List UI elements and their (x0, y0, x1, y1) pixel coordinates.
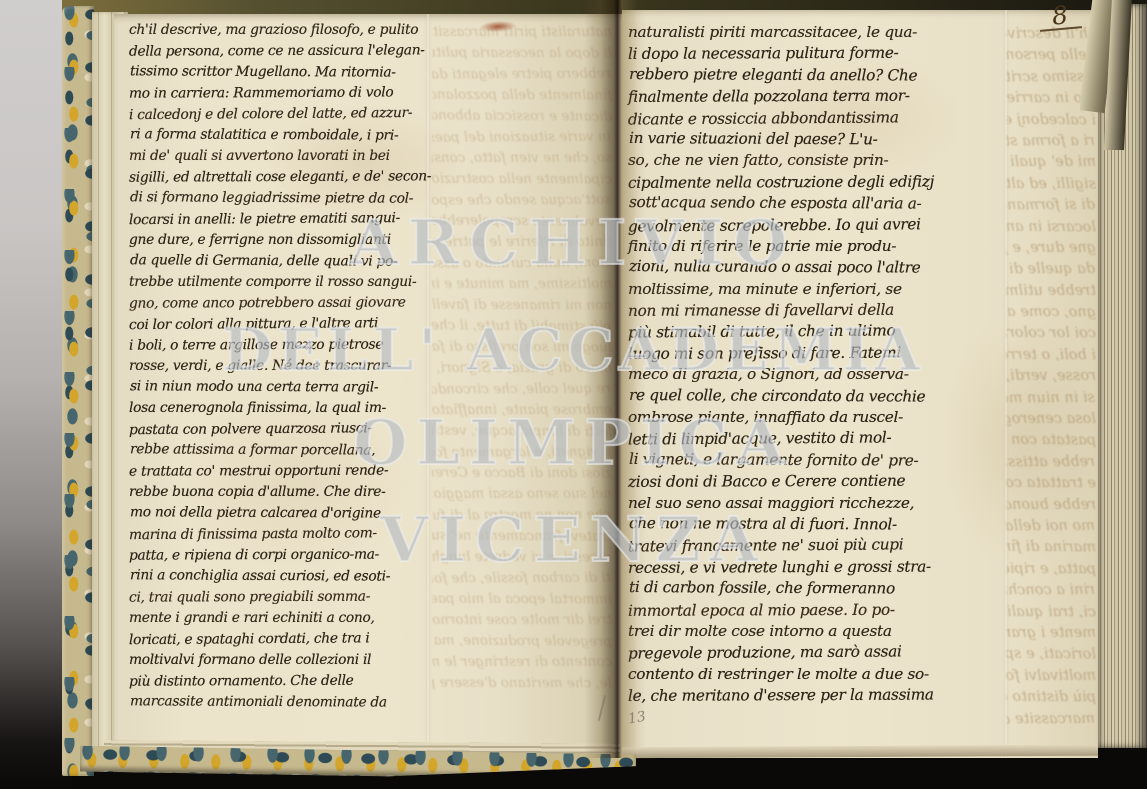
manuscript-line: patta, e ripiena di corpi organico-ma- (129, 544, 429, 566)
bleed-line: mo noi della pietra calcarea d'origine (1006, 516, 1095, 538)
pencil-folio-number: 13 (627, 709, 647, 728)
manuscript-line: naturalisti piriti marcassitacee, le qua… (628, 22, 1008, 43)
manuscript-line: ci, trai quali sono pregiabili somma- (129, 586, 429, 608)
manuscript-line: più distinto ornamento. Che delle (129, 670, 429, 692)
manuscript-line: loricati, e spataghi cordati, che tra i (129, 628, 429, 651)
manuscript-line: i calcedonj e del colore del latte, ed a… (129, 103, 429, 126)
manuscript-line: sigilli, ed altrettali cose eleganti, e … (129, 166, 429, 188)
manuscript-line: finalmente della pozzolana terra mor- (628, 85, 1008, 108)
manuscript-line: ziosi doni di Bacco e Cerere contiene (628, 470, 1008, 493)
bleed-line: zioni, nulla curando o assai poco l'altr… (432, 253, 611, 275)
manuscript-line: ri a forma stalatitica e romboidale, i p… (130, 124, 430, 147)
manuscript-line: contento di restringer le molte a due so… (628, 664, 1008, 685)
manuscript-line: mente i grandi e rari echiniti a cono, (129, 608, 429, 629)
manuscript-line: meco di grazia, o Signori, ad osserva- (628, 364, 1008, 385)
bleed-line: le, che meritano d'essere per la massima (432, 673, 612, 695)
bleed-line: rosse, verdi, e gialle. Né dee trascurar… (1006, 366, 1096, 387)
manuscript-line: da quelle di Germania, delle quali vi po… (130, 250, 430, 273)
manuscript-line: mo noi della pietra calcarea d'origine (130, 502, 430, 525)
bleed-line: rebbe attissima a formar porcellana, (1006, 452, 1095, 474)
manuscript-line: mi de' quali si avvertono lavorati in be… (129, 146, 429, 167)
manuscript-line: e trattata co' mestrui opportuni rende- (129, 460, 429, 482)
manuscript-line: moltissime, ma minute e inferiori, se (628, 279, 1008, 300)
bleed-line: rebbe buona copia d'allume. Che dire- (1006, 495, 1096, 516)
bleed-line: losa cenerognola finissima, la qual im- (1006, 409, 1096, 430)
bleed-line: locarsi in anelli: le pietre ematiti san… (1006, 216, 1096, 238)
manuscript-line: finito di riferire le patrie mie produ- (628, 236, 1008, 257)
bleed-line: cipalmente nella costruzione degli edifi… (432, 169, 612, 191)
manuscript-line: si in niun modo una certa terra argil- (130, 376, 430, 399)
bleed-line: da quelle di Germania, delle quali vi po… (1006, 259, 1095, 281)
bleed-line: luogo mi son prefisso di fare. Fatemi (432, 337, 612, 359)
bleed-line: moltissime, ma minute e inferiori, se (432, 274, 612, 295)
right-page-text: naturalisti piriti marcassitacee, le qua… (628, 22, 1008, 707)
bleed-line: li dopo la necessaria pulitura forme- (432, 43, 612, 65)
bleed-line: immortal epoca al mio paese. Io po- (432, 589, 612, 611)
manuscript-line: rebbe attissima a formar porcellana, (130, 439, 430, 462)
manuscript-line: dicante e rossiccia abbondantissima (628, 106, 1008, 130)
manuscript-line: le, che meritano d'essere per la massima (628, 684, 1008, 707)
manuscript-line: zioni, nulla curando o assai poco l'altr… (629, 256, 1009, 279)
bleed-line: e trattata co' mestrui opportuni rende- (1006, 473, 1096, 495)
bleed-line: ti di carbon fossile, che formeranno (432, 568, 611, 590)
manuscript-line: trei dir molte cose intorno a questa (628, 621, 1008, 642)
bleed-line: pastata con polvere quarzosa riusci- (1006, 430, 1096, 452)
bleed-line: più stimabil di tutte, il che in ultimo (432, 315, 612, 337)
manuscript-line: marina di finissima pasta molto com- (129, 523, 429, 546)
bleed-line: in varie situazioni del paese? L'u- (432, 127, 611, 149)
manuscript-line: cipalmente nella costruzione degli edifi… (628, 171, 1008, 194)
manuscript-line: re quel colle, che circondato da vecchie (629, 385, 1009, 408)
manuscript-line: tratevi francamente ne' suoi più cupi (628, 534, 1008, 558)
bleed-line: sigilli, ed altrettali cose eleganti, e … (1006, 174, 1096, 196)
bleed-line: ombrose piante, innaffiato da ruscel- (432, 400, 612, 421)
bleed-line: non mi rimanesse di favellarvi della (432, 295, 612, 317)
page-number: 8 (1051, 0, 1070, 31)
bleed-line: marcassite antimoniali denominate da (1006, 708, 1095, 730)
manuscript-line: trebbe utilmente comporre il rosso sangu… (129, 272, 429, 293)
bleed-line: naturalisti piriti marcassitacee, le qua… (432, 22, 612, 43)
manuscript-line: di si formano leggiadrissime pietre da c… (130, 187, 430, 210)
manuscript-line: locarsi in anelli: le pietre ematiti san… (129, 208, 429, 231)
manuscript-line: gevolmente screpolerebbe. Io qui avrei (628, 213, 1008, 237)
ink-bleed-through: naturalisti piriti marcassitacee, le qua… (432, 22, 612, 734)
bleed-line: di si formano leggiadrissime pietre da c… (1006, 195, 1095, 217)
manuscript-line: gne dure, e ferrigne non dissomiglianti (129, 230, 429, 251)
left-page: naturalisti piriti marcassitacee, le qua… (114, 14, 622, 756)
bleed-line: pregevole produzione, ma sarò assai (432, 630, 612, 652)
bleed-line: nel suo seno assai maggiori ricchezze, (432, 484, 612, 505)
bleed-line: gevolmente screpolerebbe. Io qui avrei (432, 210, 612, 232)
bleed-line: coi lor colori alla pittura, e l'altre a… (1006, 323, 1096, 345)
bleed-line: mi de' quali si avvertono lavorati in be… (1006, 152, 1096, 173)
manuscript-line: in varie situazioni del paese? L'u- (629, 128, 1009, 151)
bleed-line: trebbe utilmente comporre il rosso sangu… (1006, 281, 1096, 302)
right-page: ch'il descrive, ma grazioso filosofo, e … (622, 10, 1098, 758)
manuscript-line: ti di carbon fossile, che formeranno (629, 577, 1009, 600)
bleed-line: meco di grazia, o Signori, ad osserva- (432, 358, 612, 379)
bleed-line: li vigneti, e largamente fornito de' pre… (432, 442, 611, 464)
manuscript-scan: naturalisti piriti marcassitacee, le qua… (0, 0, 1147, 789)
bleed-line: si in niun modo una certa terra argil- (1006, 387, 1095, 409)
bleed-line: dicante e rossiccia abbondantissima (432, 105, 612, 127)
bleed-line: mente i grandi e rari echiniti a cono, (1006, 623, 1096, 644)
bleed-line: i boli, o terre argillose mezzo pietrose (1006, 345, 1096, 367)
manuscript-line: rosse, verdi, e gialle. Né dee trascurar… (129, 356, 429, 377)
bleed-line: finito di riferire le patrie mie produ- (432, 232, 612, 253)
bleed-line: contento di restringer le molte a due so… (432, 652, 612, 673)
bleed-line: trei dir molte cose intorno a questa (432, 610, 612, 631)
bleed-line: marina di finissima pasta molto com- (1006, 537, 1096, 559)
bleed-line: sott'acqua sendo che esposta all'aria a- (432, 190, 611, 212)
bleed-line: re quel colle, che circondato da vecchie (432, 379, 611, 401)
manuscript-line: della persona, come ce ne assicura l'ele… (129, 40, 429, 62)
manuscript-line: letti di limpid'acque, vestito di mol- (628, 427, 1008, 451)
manuscript-line: losa cenerognola finissima, la qual im- (129, 398, 429, 419)
manuscript-line: pregevole produzione, ma sarò assai (628, 641, 1008, 665)
bleed-line: gne dure, e ferrigne non dissomiglianti (1006, 238, 1096, 259)
manuscript-line: rini a conchiglia assai curiosi, ed esot… (130, 565, 430, 588)
bleed-line: loricati, e spataghi cordati, che tra i (1006, 644, 1096, 666)
manuscript-line: pastata con polvere quarzosa riusci- (129, 418, 429, 441)
marbled-cover-edge (62, 6, 94, 776)
manuscript-line: sott'acqua sendo che esposta all'aria a- (629, 192, 1009, 215)
manuscript-line: che non ne mostra al di fuori. Innol- (629, 513, 1009, 536)
manuscript-line: mo in carriera: Rammemoriamo di volo (129, 82, 429, 104)
bleed-line: rini a conchiglia assai curiosi, ed esot… (1006, 580, 1095, 602)
red-ink-mark (480, 20, 517, 33)
manuscript-line: so, che ne vien fatto, consiste prin- (628, 150, 1008, 171)
manuscript-line: li vigneti, e largamente fornito de' pre… (629, 449, 1009, 472)
bleed-line: tratevi francamente ne' suoi più cupi (432, 525, 612, 547)
left-page-text: ch'il descrive, ma grazioso filosofo, e … (129, 20, 429, 713)
bleed-line: più distinto ornamento. Che delle (1006, 687, 1096, 709)
manuscript-line: luogo mi son prefisso di fare. Fatemi (628, 342, 1008, 365)
manuscript-line: li dopo la necessaria pulitura forme- (628, 43, 1008, 66)
manuscript-line: marcassite antimoniali denominate da (130, 691, 430, 714)
bleed-line: ziosi doni di Bacco e Cerere contiene (432, 463, 612, 485)
manuscript-line: i boli, o terre argillose mezzo pietrose (129, 334, 429, 356)
manuscript-line: coi lor colori alla pittura, e l'altre a… (129, 313, 429, 336)
manuscript-line: moltivalvi formano delle collezioni il (129, 650, 429, 671)
bleed-line: finalmente della pozzolana terra mor- (432, 85, 612, 107)
manuscript-line: immortal epoca al mio paese. Io po- (628, 599, 1008, 622)
manuscript-line: ombrose piante, innaffiato da ruscel- (628, 407, 1008, 428)
bleed-line: letti di limpid'acque, vestito di mol- (432, 420, 612, 442)
manuscript-line: nel suo seno assai maggiori ricchezze, (628, 493, 1008, 514)
bleed-line: che non ne mostra al di fuori. Innol- (432, 505, 611, 527)
bleed-line: rebbero pietre eleganti da anello? Che (432, 64, 611, 86)
bleed-line: moltivalvi formano delle collezioni il (1006, 666, 1096, 687)
manuscript-line: non mi rimanesse di favellarvi della (628, 299, 1008, 322)
bleed-line: patta, e ripiena di corpi organico-ma- (1006, 559, 1096, 581)
bleed-line: recessi, e vi vedrete lunghi e grossi st… (432, 547, 612, 569)
manuscript-line: gno, come anco potrebbero assai giovare (129, 292, 429, 314)
manuscript-line: rebbero pietre eleganti da anello? Che (629, 64, 1009, 87)
manuscript-line: recessi, e vi vedrete lunghi e grossi st… (628, 556, 1008, 579)
manuscript-line: ch'il descrive, ma grazioso filosofo, e … (129, 20, 429, 41)
bleed-line: so, che ne vien fatto, consiste prin- (432, 148, 612, 169)
bleed-line: gno, come anco potrebbero assai giovare (1006, 302, 1096, 324)
manuscript-line: rebbe buona copia d'allume. Che dire- (129, 482, 429, 503)
top-right-page-corners (1080, 0, 1147, 150)
manuscript-line: più stimabil di tutte, il che in ultimo (628, 320, 1008, 344)
bleed-line: ci, trai quali sono pregiabili somma- (1006, 601, 1096, 623)
manuscript-line: tissimo scrittor Mugellano. Ma ritornia- (130, 61, 430, 84)
